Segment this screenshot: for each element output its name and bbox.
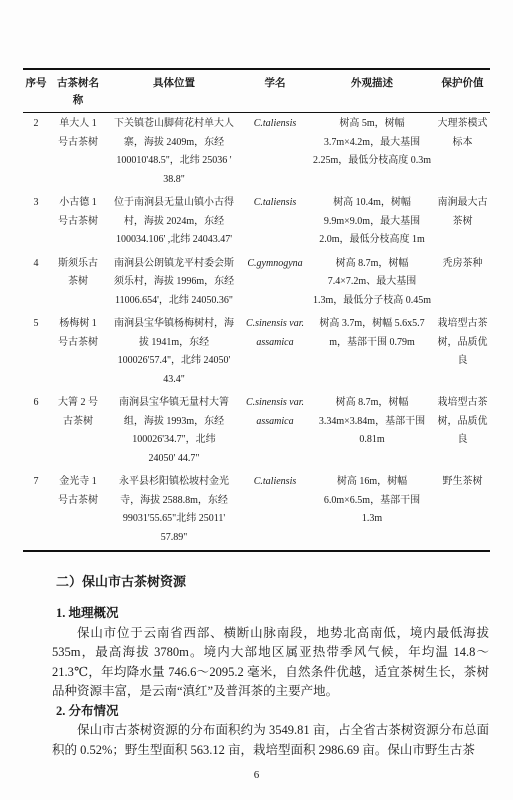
cell-scientific-name: C.taliensis <box>241 113 309 193</box>
col-header-scientific-name: 学名 <box>241 69 309 113</box>
section-title: 二）保山市古茶树资源 <box>56 573 489 591</box>
table-row: 4 斯须乐古 茶树 南涧县公朗镇龙平村委会斯 须乐村，海拔 1996m，东经 1… <box>23 253 490 314</box>
cell-protection-value: 野生茶树 <box>435 471 490 551</box>
cell-location: 南涧县公朗镇龙平村委会斯 须乐村，海拔 1996m，东经 11006.654'，… <box>107 253 241 314</box>
subsection-geography-title: 1. 地理概况 <box>56 604 489 624</box>
table-row: 6 大箐 2 号 古茶树 南涧县宝华镇无量村大箐 组，海拔 1993m，东经 1… <box>23 392 490 471</box>
geography-paragraph: 保山市位于云南省西部、横断山脉南段，地势北高南低，境内最低海拔 535m，最高海… <box>52 624 489 702</box>
cell-scientific-name: C.gymnogyna <box>241 253 309 314</box>
cell-appearance: 树高 8.7m，树幅 3.34m×3.84m，基部干围 0.81m <box>309 392 435 471</box>
col-header-protection-value: 保护价值 <box>435 69 490 113</box>
cell-protection-value: 南涧最大古 茶树 <box>435 192 490 253</box>
document-page: 序号 古茶树名 称 具体位置 学名 外观描述 保护价值 2 单大人 1 号古茶树… <box>0 0 513 800</box>
table-header-row: 序号 古茶树名 称 具体位置 学名 外观描述 保护价值 <box>23 69 490 113</box>
table-row: 5 杨梅树 1 号古茶树 南涧县宝华镇杨梅树村，海 拔 1941m，东经 100… <box>23 313 490 392</box>
col-header-location: 具体位置 <box>107 69 241 113</box>
cell-number: 3 <box>23 192 49 253</box>
table-row: 2 单大人 1 号古茶树 下关镇苍山脚荷花村单大人 寨，海拔 2409m，东经 … <box>23 113 490 193</box>
cell-tree-name: 小古德 1 号古茶树 <box>49 192 107 253</box>
distribution-paragraph: 保山市古茶树资源的分布面积约为 3549.81 亩，占全省古茶树资源分布总面积的… <box>52 721 489 760</box>
cell-number: 7 <box>23 471 49 551</box>
cell-tree-name: 斯须乐古 茶树 <box>49 253 107 314</box>
col-header-appearance: 外观描述 <box>309 69 435 113</box>
cell-tree-name: 金光寺 1 号古茶树 <box>49 471 107 551</box>
cell-protection-value: 大理茶模式 标本 <box>435 113 490 193</box>
cell-appearance: 树高 16m，树幅 6.0m×6.5m，基部干围 1.3m <box>309 471 435 551</box>
cell-number: 2 <box>23 113 49 193</box>
cell-number: 4 <box>23 253 49 314</box>
cell-number: 6 <box>23 392 49 471</box>
cell-appearance: 树高 5m，树幅 3.7m×4.2m，最大基围 2.25m，最低分枝高度 0.3… <box>309 113 435 193</box>
cell-scientific-name: C.taliensis <box>241 471 309 551</box>
cell-scientific-name: C.sinensis var. assamica <box>241 313 309 392</box>
cell-tree-name: 杨梅树 1 号古茶树 <box>49 313 107 392</box>
col-header-tree-name: 古茶树名 称 <box>49 69 107 113</box>
ancient-tea-tree-table: 序号 古茶树名 称 具体位置 学名 外观描述 保护价值 2 单大人 1 号古茶树… <box>23 68 490 552</box>
table-row: 7 金光寺 1 号古茶树 永平县杉阳镇松坡村金光 寺，海拔 2588.8m，东经… <box>23 471 490 551</box>
cell-scientific-name: C.sinensis var. assamica <box>241 392 309 471</box>
cell-location: 位于南涧县无量山镇小古得 村，海拔 2024m，东经 100034.106' ,… <box>107 192 241 253</box>
table-row: 3 小古德 1 号古茶树 位于南涧县无量山镇小古得 村，海拔 2024m，东经 … <box>23 192 490 253</box>
cell-appearance: 树高 3.7m，树幅 5.6x5.7 m，基部干围 0.79m <box>309 313 435 392</box>
cell-tree-name: 单大人 1 号古茶树 <box>49 113 107 193</box>
cell-tree-name: 大箐 2 号 古茶树 <box>49 392 107 471</box>
cell-protection-value: 秃房茶种 <box>435 253 490 314</box>
cell-location: 下关镇苍山脚荷花村单大人 寨，海拔 2409m，东经 100010'48.5"，… <box>107 113 241 193</box>
cell-protection-value: 栽培型古茶 树，品质优 良 <box>435 313 490 392</box>
cell-location: 南涧县宝华镇无量村大箐 组，海拔 1993m，东经 100026'34.7"，北… <box>107 392 241 471</box>
cell-location: 永平县杉阳镇松坡村金光 寺，海拔 2588.8m，东经 99031'55.65"… <box>107 471 241 551</box>
page-number: 6 <box>0 769 513 781</box>
cell-appearance: 树高 10.4m，树幅 9.9m×9.0m，最大基围 2.0m，最低分枝高度 1… <box>309 192 435 253</box>
cell-appearance: 树高 8.7m，树幅 7.4×7.2m、最大基围 1.3m，最低分子枝高 0.4… <box>309 253 435 314</box>
cell-location: 南涧县宝华镇杨梅树村，海 拔 1941m，东经 100026'57.4"，北纬 … <box>107 313 241 392</box>
subsection-distribution-title: 2. 分布情况 <box>56 702 489 722</box>
cell-scientific-name: C.taliensis <box>241 192 309 253</box>
cell-number: 5 <box>23 313 49 392</box>
baoshan-section: 二）保山市古茶树资源 1. 地理概况 保山市位于云南省西部、横断山脉南段，地势北… <box>52 573 489 760</box>
cell-protection-value: 栽培型古茶 树，品质优 良 <box>435 392 490 471</box>
col-header-number: 序号 <box>23 69 49 113</box>
